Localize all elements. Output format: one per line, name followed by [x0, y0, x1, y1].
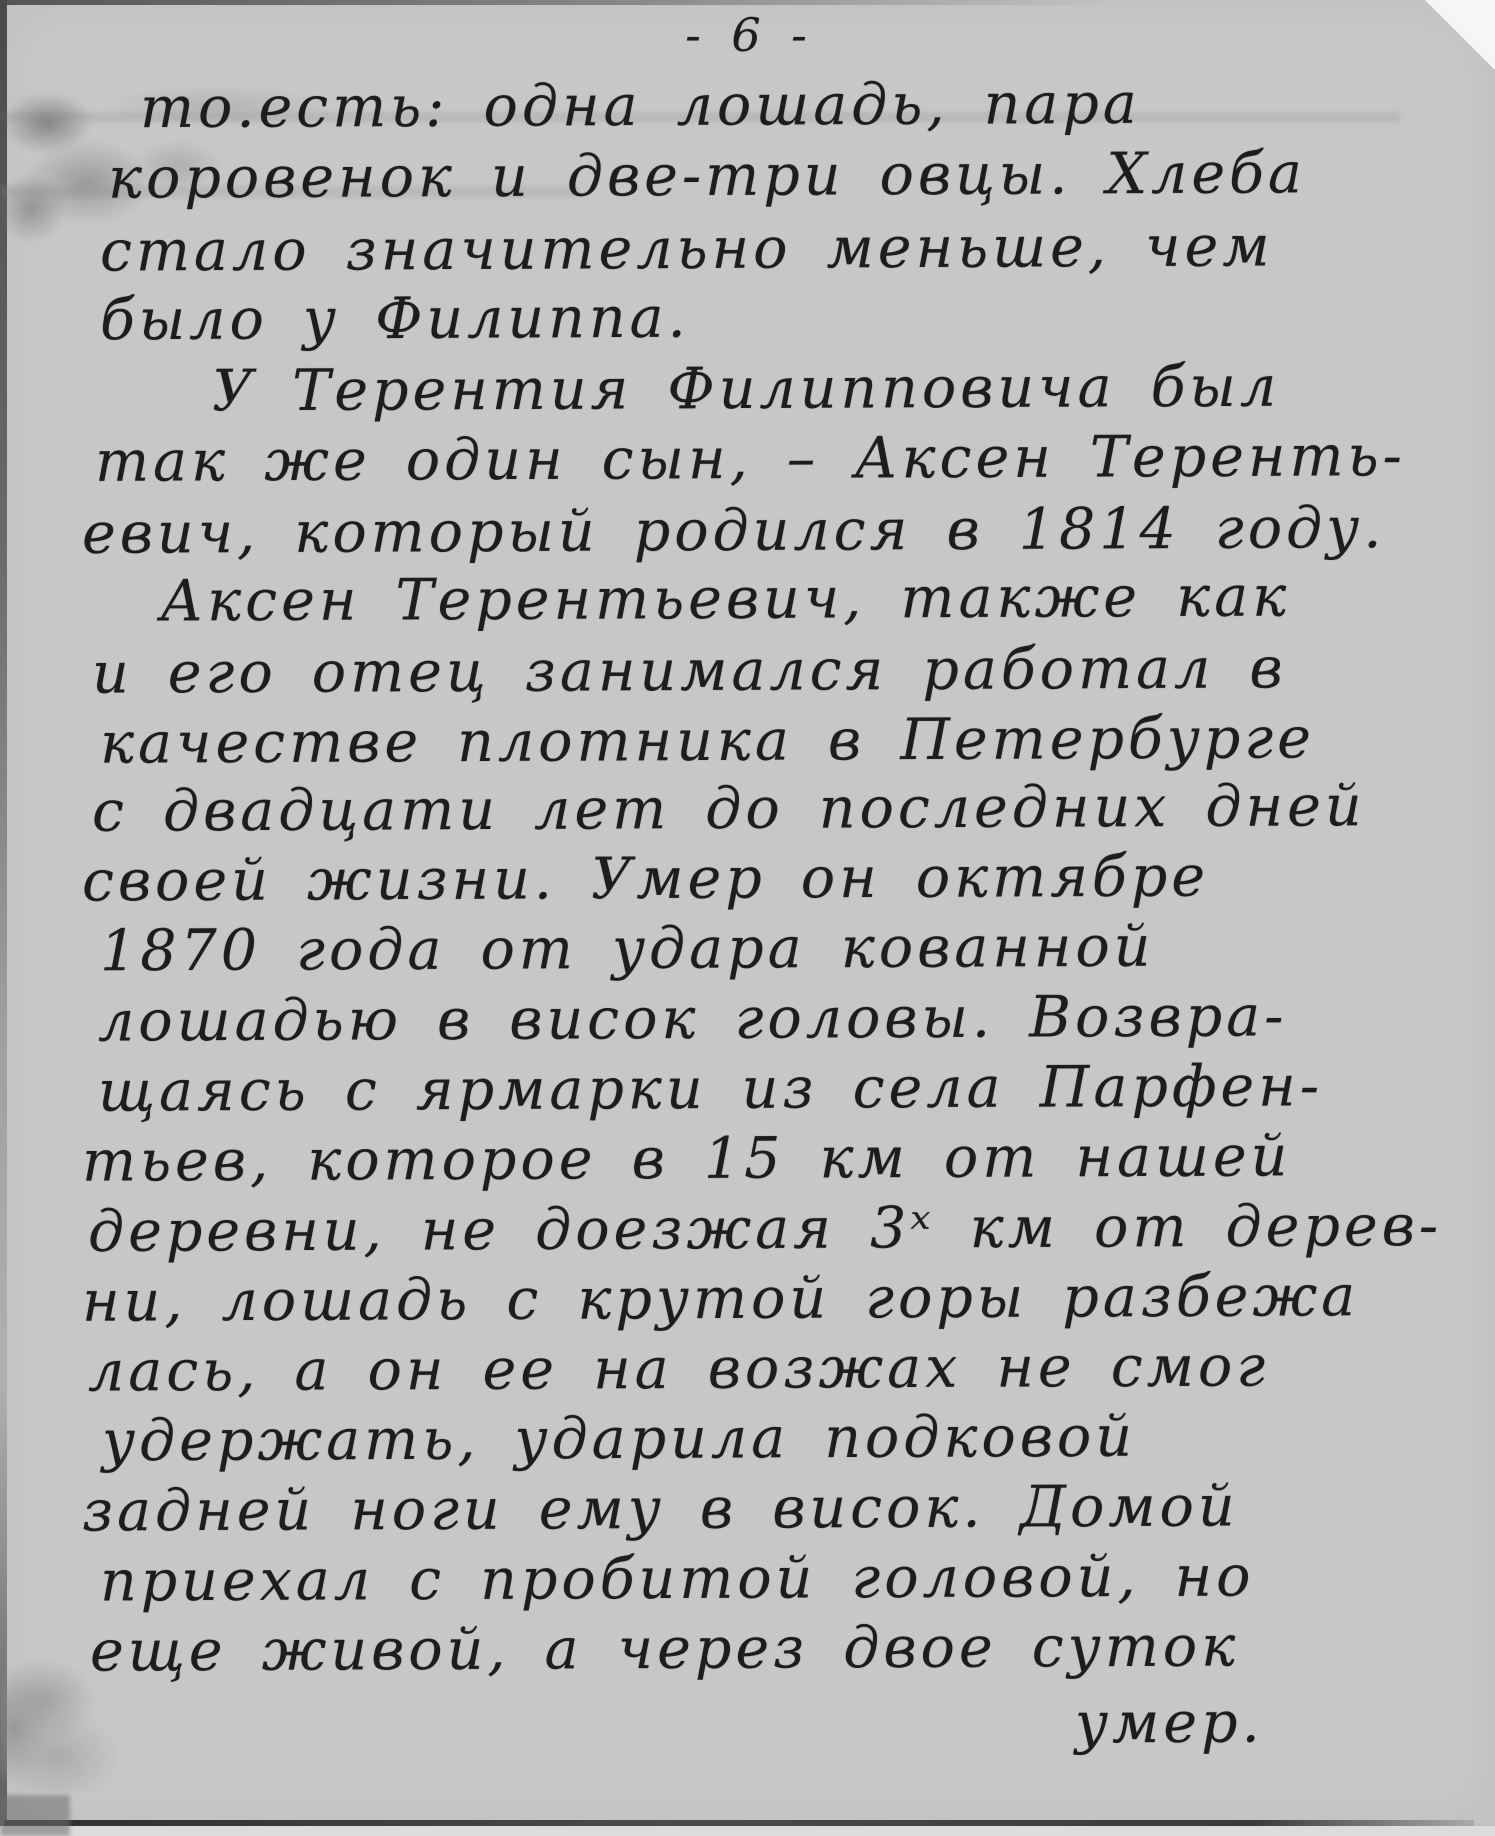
handwritten-line: удержать, ударила подковой [102, 1406, 1136, 1473]
scanned-manuscript-page: - 6 - то.есть: одна лошадь, пара коровен… [0, 0, 1495, 1836]
handwritten-line: коровенок и две-три овцы. Хлеба [108, 142, 1306, 210]
scan-below-strip [0, 1826, 1495, 1836]
scan-edge-left [0, 0, 7, 1836]
handwritten-line: евич, который родился в 1814 году. [82, 497, 1386, 565]
handwritten-line: деревни, не доезжая 3ˣ км от дерев- [88, 1195, 1442, 1264]
scan-edge-top [0, 0, 1120, 5]
handwritten-line: так же один сын, – Аксен Теренть- [95, 425, 1406, 493]
handwritten-line: еще живой, а через двое суток [90, 1615, 1239, 1683]
handwritten-line: Аксен Терентьевич, также как [160, 566, 1290, 634]
scan-smudge-bottom-corner [0, 1795, 70, 1836]
handwritten-line: своей жизни. Умер он октябре [82, 846, 1209, 914]
handwritten-line: тьев, которое в 15 км от нашей [82, 1125, 1292, 1193]
handwritten-line: 1870 года от удара кованной [100, 916, 1155, 983]
handwritten-line: то.есть: одна лошадь, пара [140, 73, 1141, 140]
handwritten-line: У Терентия Филипповича был [212, 356, 1280, 423]
handwritten-line: умер. [1075, 1692, 1264, 1756]
handwritten-line: качестве плотника в Петербурге [100, 707, 1315, 775]
handwritten-line: приехал с пробитой головой, но [100, 1545, 1255, 1613]
handwritten-line: лась, а он ее на возжах не смог [88, 1335, 1269, 1403]
handwritten-line: задней ноги ему в висок. Домой [82, 1475, 1239, 1543]
handwritten-line: лошадью в висок головы. Возвра- [98, 985, 1288, 1053]
page-number: - 6 - [640, 8, 860, 62]
handwritten-line: и его отец занимался работал в [92, 637, 1287, 705]
handwritten-line: с двадцати лет до последних дней [92, 775, 1366, 843]
handwritten-line: ни, лошадь с крутой горы разбежа [82, 1265, 1359, 1333]
handwritten-line: стало значительно меньше, чем [100, 215, 1274, 283]
handwritten-line: было у Филиппа. [100, 287, 690, 352]
handwritten-line: щаясь с ярмарки из села Парфен- [98, 1055, 1323, 1123]
